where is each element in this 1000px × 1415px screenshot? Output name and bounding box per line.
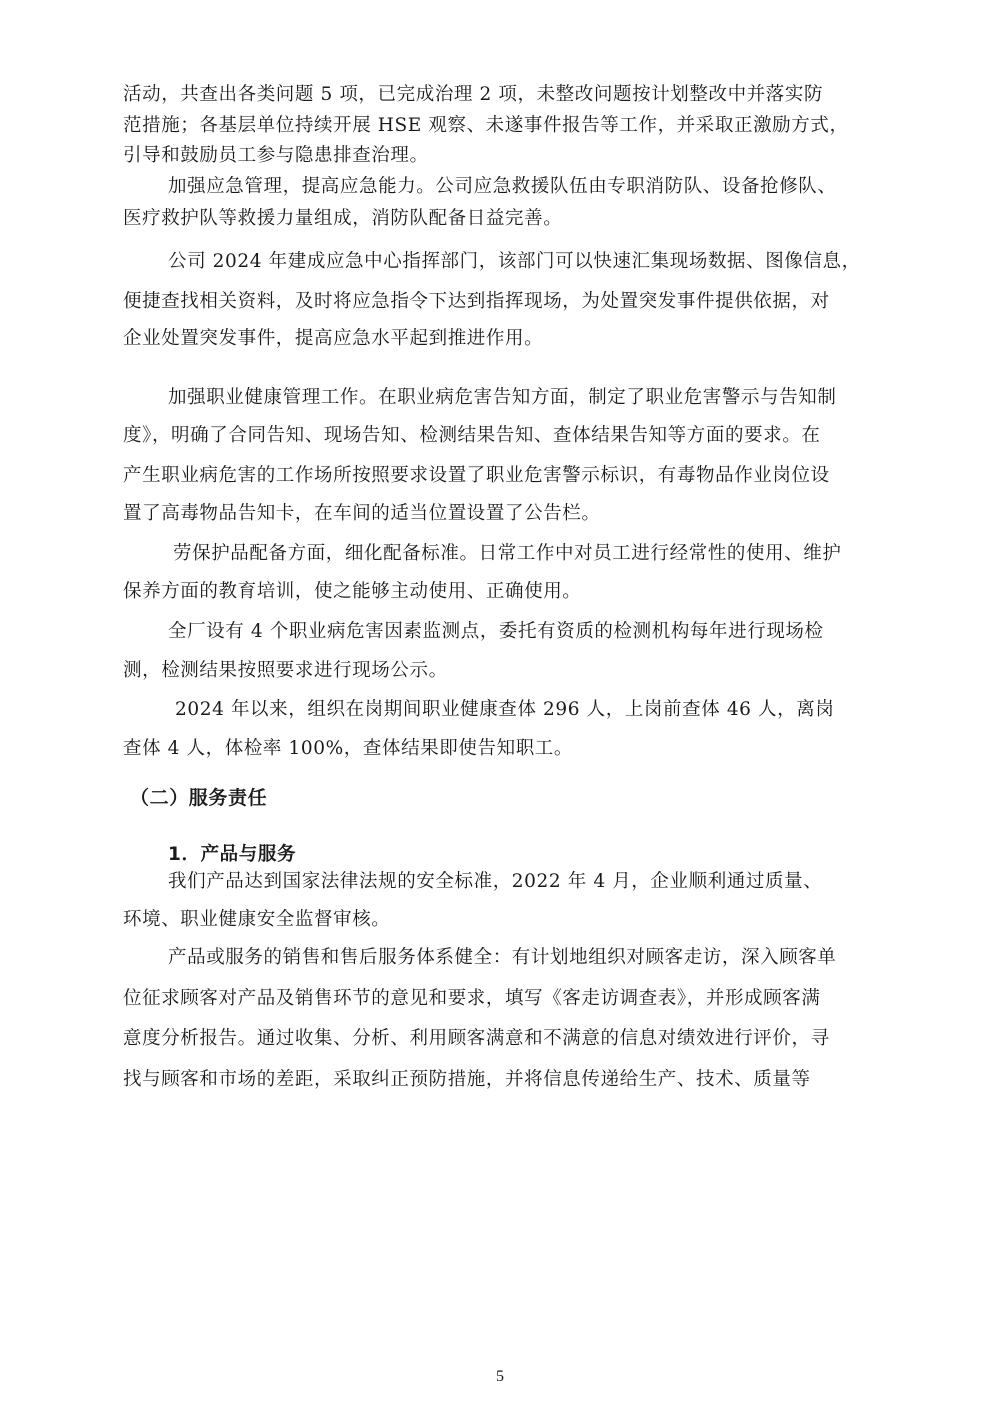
text-line: 产品或服务的销售和售后服务体系健全：有计划地组织对顾客走访，深入顾客单 — [168, 946, 837, 970]
text-line: 医疗救护队等救援力量组成，消防队配备日益完善。 — [123, 207, 562, 231]
text-line: 产生职业病危害的工作场所按照要求设置了职业危害警示标识，有毒物品作业岗位设 — [123, 464, 830, 488]
text-line: 查体 4 人，体检率 100%，查体结果即使告知职工。 — [123, 737, 573, 761]
text-line: 全厂设有 4 个职业病危害因素监测点，委托有资质的检测机构每年进行现场检 — [168, 620, 824, 644]
section-heading: （二）服务责任 — [130, 786, 267, 810]
text-line: 找与顾客和市场的差距，采取纠正预防措施，并将信息传递给生产、技术、质量等 — [123, 1068, 811, 1092]
text-line: 公司 2024 年建成应急中心指挥部门，该部门可以快速汇集现场数据、图像信息， — [168, 250, 861, 274]
text-line: 便捷查找相关资料，及时将应急指令下达到指挥现场，为处置突发事件提供依据，对 — [123, 290, 830, 314]
text-line: 位征求顾客对产品及销售环节的意见和要求，填写《客走访调查表》，并形成顾客满 — [123, 987, 820, 1011]
text-line: 置了高毒物品告知卡，在车间的适当位置设置了公告栏。 — [123, 502, 601, 526]
text-line: 加强应急管理，提高应急能力。公司应急救援队伍由专职消防队、设备抢修队、 — [168, 175, 837, 199]
text-line: 劳保护品配备方面，细化配备标准。日常工作中对员工进行经常性的使用、维护 — [173, 542, 842, 566]
text-line: 企业处置突发事件，提高应急水平起到推进作用。 — [123, 327, 543, 351]
text-line: 2024 年以来，组织在岗期间职业健康查体 296 人，上岗前查体 46 人，离… — [175, 698, 834, 722]
text-line: 引导和鼓励员工参与隐患排查治理。 — [123, 144, 429, 168]
text-line: 范措施；各基层单位持续开展 HSE 观察、未遂事件报告等工作，并采取正激励方式， — [123, 114, 849, 138]
text-line: 环境、职业健康安全监督审核。 — [123, 908, 390, 932]
text-line: 度》，明确了合同告知、现场告知、检测结果告知、查体结果告知等方面的要求。在 — [123, 424, 820, 448]
text-line: 意度分析报告。通过收集、分析、利用顾客满意和不满意的信息对绩效进行评价，寻 — [123, 1027, 830, 1051]
text-line: 我们产品达到国家法律法规的安全标准，2022 年 4 月，企业顺利通过质量、 — [168, 870, 822, 894]
page-number: 5 — [0, 1368, 1000, 1386]
subsection-heading: 1．产品与服务 — [168, 843, 296, 867]
text-line: 加强职业健康管理工作。在职业病危害告知方面，制定了职业危害警示与告知制 — [168, 386, 837, 410]
text-line: 保养方面的教育培训，使之能够主动使用、正确使用。 — [123, 580, 581, 604]
text-line: 活动，共查出各类问题 5 项，已完成治理 2 项，未整改问题按计划整改中并落实防 — [123, 83, 823, 107]
text-line: 测，检测结果按照要求进行现场公示。 — [123, 659, 448, 683]
